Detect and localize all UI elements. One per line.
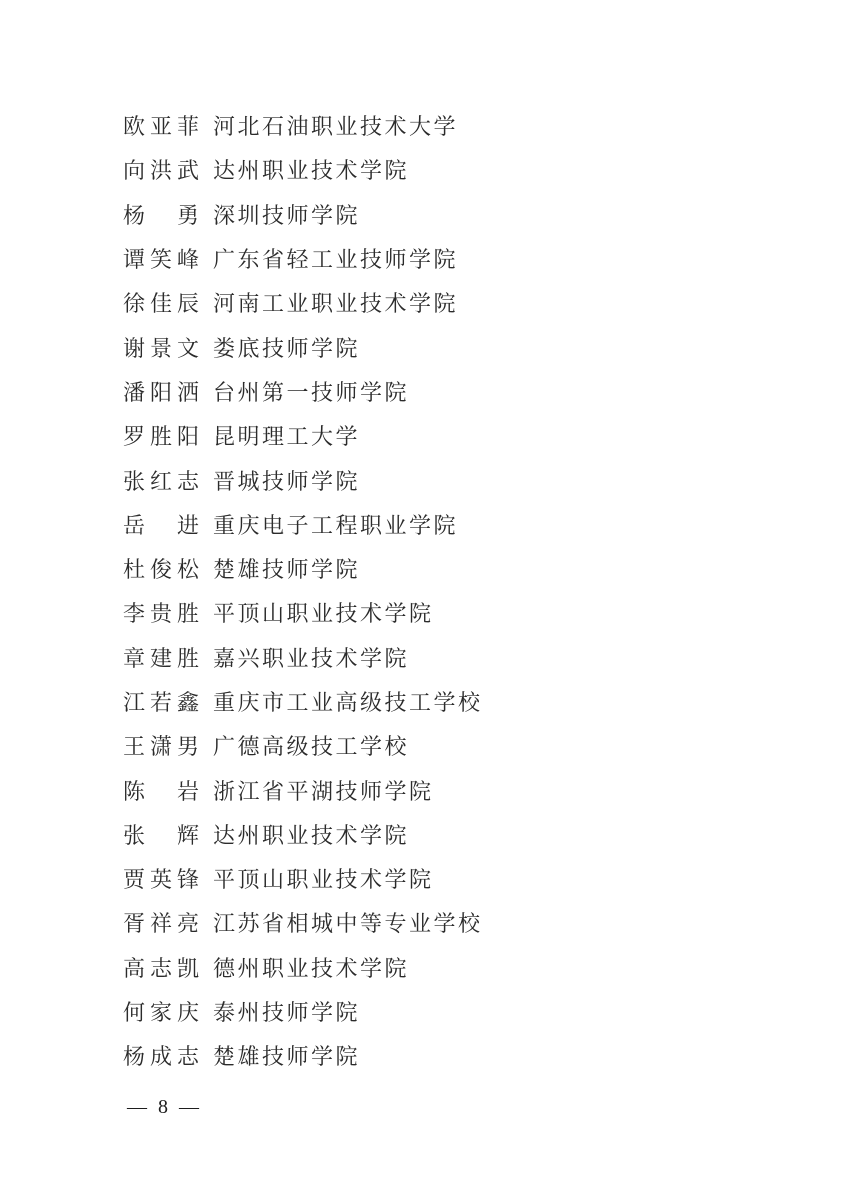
- roster-row: 王潇男广德高级技工学校: [123, 725, 483, 769]
- institution-name: 昆明理工大学: [213, 426, 360, 448]
- institution-name: 嘉兴职业技术学院: [213, 648, 409, 670]
- roster-row: 徐佳辰河南工业职业技术学院: [123, 282, 483, 326]
- document-page: 欧亚菲河北石油职业技术大学向洪武达州职业技术学院杨勇深圳技师学院谭笑峰广东省轻工…: [0, 0, 848, 1200]
- roster-row: 高志凯德州职业技术学院: [123, 947, 483, 991]
- institution-name: 平顶山职业技术学院: [213, 603, 434, 625]
- institution-name: 重庆市工业高级技工学校: [213, 692, 483, 714]
- roster-row: 何家庆泰州技师学院: [123, 991, 483, 1035]
- roster-row: 贾英锋平顶山职业技术学院: [123, 858, 483, 902]
- institution-name: 平顶山职业技术学院: [213, 869, 434, 891]
- roster-row: 杨成志楚雄技师学院: [123, 1035, 483, 1079]
- person-name: 高志凯: [123, 958, 199, 980]
- person-name: 章建胜: [123, 648, 199, 670]
- page-number: — 8 —: [127, 1096, 202, 1119]
- person-name: 贾英锋: [123, 869, 199, 891]
- person-name: 潘阳洒: [123, 382, 199, 404]
- roster-row: 岳进重庆电子工程职业学院: [123, 504, 483, 548]
- institution-name: 晋城技师学院: [213, 471, 360, 493]
- person-name: 何家庆: [123, 1002, 199, 1024]
- person-name: 谢景文: [123, 338, 199, 360]
- roster-row: 向洪武达州职业技术学院: [123, 149, 483, 193]
- institution-name: 泰州技师学院: [213, 1002, 360, 1024]
- roster-row: 谢景文娄底技师学院: [123, 326, 483, 370]
- institution-name: 台州第一技师学院: [213, 382, 409, 404]
- person-name: 徐佳辰: [123, 293, 199, 315]
- person-name: 陈岩: [123, 781, 199, 803]
- person-name: 岳进: [123, 515, 199, 537]
- institution-name: 河北石油职业技术大学: [213, 116, 458, 138]
- roster-row: 胥祥亮江苏省相城中等专业学校: [123, 902, 483, 946]
- roster-row: 陈岩浙江省平湖技师学院: [123, 769, 483, 813]
- person-name: 罗胜阳: [123, 426, 199, 448]
- institution-name: 德州职业技术学院: [213, 958, 409, 980]
- person-name: 杨勇: [123, 205, 199, 227]
- institution-name: 楚雄技师学院: [213, 1046, 360, 1068]
- person-name: 欧亚菲: [123, 116, 199, 138]
- person-name: 张辉: [123, 825, 199, 847]
- roster-row: 张红志晋城技师学院: [123, 459, 483, 503]
- roster-row: 李贵胜平顶山职业技术学院: [123, 592, 483, 636]
- roster-row: 潘阳洒台州第一技师学院: [123, 371, 483, 415]
- roster-row: 章建胜嘉兴职业技术学院: [123, 637, 483, 681]
- person-name: 李贵胜: [123, 603, 199, 625]
- institution-name: 娄底技师学院: [213, 338, 360, 360]
- institution-name: 楚雄技师学院: [213, 559, 360, 581]
- roster-row: 罗胜阳昆明理工大学: [123, 415, 483, 459]
- institution-name: 达州职业技术学院: [213, 825, 409, 847]
- person-name: 谭笑峰: [123, 249, 199, 271]
- person-name: 胥祥亮: [123, 913, 199, 935]
- roster-row: 杨勇深圳技师学院: [123, 194, 483, 238]
- roster-row: 江若鑫重庆市工业高级技工学校: [123, 681, 483, 725]
- roster-row: 杜俊松楚雄技师学院: [123, 548, 483, 592]
- person-name: 杜俊松: [123, 559, 199, 581]
- person-name: 王潇男: [123, 736, 199, 758]
- institution-name: 广东省轻工业技师学院: [213, 249, 458, 271]
- person-name: 向洪武: [123, 160, 199, 182]
- roster-row: 张辉达州职业技术学院: [123, 814, 483, 858]
- institution-name: 深圳技师学院: [213, 205, 360, 227]
- person-name: 张红志: [123, 471, 199, 493]
- institution-name: 浙江省平湖技师学院: [213, 781, 434, 803]
- institution-name: 广德高级技工学校: [213, 736, 409, 758]
- institution-name: 江苏省相城中等专业学校: [213, 913, 483, 935]
- institution-name: 重庆电子工程职业学院: [213, 515, 458, 537]
- roster: 欧亚菲河北石油职业技术大学向洪武达州职业技术学院杨勇深圳技师学院谭笑峰广东省轻工…: [123, 105, 483, 1080]
- person-name: 江若鑫: [123, 692, 199, 714]
- person-name: 杨成志: [123, 1046, 199, 1068]
- roster-row: 谭笑峰广东省轻工业技师学院: [123, 238, 483, 282]
- institution-name: 达州职业技术学院: [213, 160, 409, 182]
- roster-row: 欧亚菲河北石油职业技术大学: [123, 105, 483, 149]
- institution-name: 河南工业职业技术学院: [213, 293, 458, 315]
